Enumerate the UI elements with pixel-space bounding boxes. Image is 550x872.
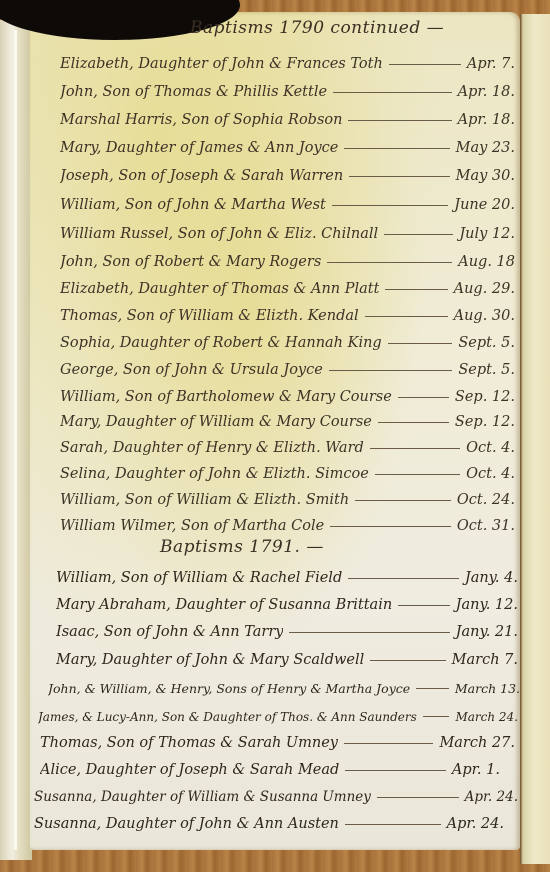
entry-date: Aug. 29. (454, 281, 515, 297)
entry-name: William Russel, Son of John & Eliz. Chil… (60, 226, 378, 242)
entry-name: George, Son of John & Ursula Joyce (60, 362, 323, 378)
entry-name: John, Son of Robert & Mary Rogers (60, 254, 321, 270)
leader-line (289, 632, 449, 633)
entry-name: Selina, Daughter of John & Elizth. Simco… (60, 466, 369, 482)
entry-date: Sep. 12. (455, 414, 515, 430)
entry-date: July 12. (459, 226, 515, 242)
entry-name: James, & Lucy-Ann, Son & Daughter of Tho… (38, 710, 417, 724)
register-entry: Joseph, Son of Joseph & Sarah WarrenMay … (60, 160, 515, 184)
entry-name: Isaac, Son of John & Ann Tarry (56, 624, 283, 640)
entry-name: William, Son of William & Rachel Field (56, 570, 342, 586)
register-entry: Marshal Harris, Son of Sophia RobsonApr.… (60, 104, 515, 128)
entry-date: March 7. (452, 652, 518, 668)
entry-name: Joseph, Son of Joseph & Sarah Warren (60, 168, 343, 184)
entry-date: Oct. 24. (457, 492, 515, 508)
leader-line (345, 824, 441, 825)
leader-line (375, 474, 460, 475)
entry-date: Oct. 31. (457, 518, 515, 534)
register-entry: Mary Abraham, Daughter of Susanna Britta… (56, 589, 518, 613)
leader-line (348, 578, 459, 579)
leader-line (329, 370, 452, 371)
entry-name: Marshal Harris, Son of Sophia Robson (60, 112, 342, 128)
heading-baptisms-1790: Baptisms 1790 continued — (190, 18, 444, 38)
heading-baptisms-1791: Baptisms 1791. — (160, 537, 324, 557)
register-entry: Sophia, Daughter of Robert & Hannah King… (60, 327, 515, 351)
entry-name: William, Son of John & Martha West (60, 197, 326, 213)
entry-name: Mary, Daughter of James & Ann Joyce (60, 140, 338, 156)
entry-date: Sep. 12. (455, 389, 515, 405)
entry-date: June 20. (454, 197, 515, 213)
leader-line (330, 526, 451, 527)
register-entry: Thomas, Son of Thomas & Sarah UmneyMarch… (40, 727, 515, 751)
entry-date: Apr. 18. (458, 84, 515, 100)
entry-date: Apr. 18. (458, 112, 515, 128)
book-spine (14, 30, 17, 850)
leader-line (344, 743, 433, 744)
leader-line (327, 262, 452, 263)
leader-line (388, 343, 453, 344)
entry-name: Elizabeth, Daughter of John & Frances To… (60, 56, 383, 72)
register-entry: Elizabeth, Daughter of John & Frances To… (60, 48, 515, 72)
entry-name: Susanna, Daughter of John & Ann Austen (34, 816, 339, 832)
entry-name: Thomas, Son of William & Elizth. Kendal (60, 308, 359, 324)
entry-date: Jany. 21. (456, 624, 518, 640)
leader-line (423, 716, 450, 717)
entry-name: Elizabeth, Daughter of Thomas & Ann Plat… (60, 281, 379, 297)
register-entry: Selina, Daughter of John & Elizth. Simco… (60, 458, 515, 482)
entry-date: May 23. (456, 140, 515, 156)
leader-line (378, 422, 449, 423)
entry-date: Apr. 1. (452, 762, 500, 778)
right-page-edges (520, 14, 550, 864)
leader-line (385, 289, 447, 290)
register-entry: Mary, Daughter of John & Mary ScaldwellM… (56, 644, 518, 668)
entry-name: Susanna, Daughter of William & Susanna U… (34, 789, 371, 805)
register-entry: John, Son of Thomas & Phillis KettleApr.… (60, 76, 515, 100)
entry-date: May 30. (456, 168, 515, 184)
register-entry: James, & Lucy-Ann, Son & Daughter of Tho… (38, 700, 518, 724)
entry-name: John, & William, & Henry, Sons of Henry … (48, 681, 410, 696)
leader-line (416, 688, 449, 689)
leader-line (345, 770, 446, 771)
entry-name: Thomas, Son of Thomas & Sarah Umney (40, 735, 338, 751)
register-entry: William, Son of John & Martha WestJune 2… (60, 189, 515, 213)
entry-name: Mary, Daughter of William & Mary Course (60, 414, 372, 430)
leader-line (398, 605, 449, 606)
entry-date: March 27. (439, 735, 515, 751)
entry-date: Aug. 18 (458, 254, 515, 270)
entry-date: Oct. 4. (466, 466, 515, 482)
entry-name: Alice, Daughter of Joseph & Sarah Mead (40, 762, 339, 778)
leader-line (344, 148, 449, 149)
register-entry: William, Son of Bartholomew & Mary Cours… (60, 381, 515, 405)
register-entry: John, Son of Robert & Mary RogersAug. 18 (60, 246, 515, 270)
leader-line (355, 500, 451, 501)
entry-name: Sophia, Daughter of Robert & Hannah King (60, 335, 382, 351)
register-entry: William, Son of William & Rachel FieldJa… (56, 562, 518, 586)
entry-date: Apr. 7. (467, 56, 515, 72)
register-entry: William Wilmer, Son of Martha ColeOct. 3… (60, 510, 515, 534)
entry-name: Sarah, Daughter of Henry & Elizth. Ward (60, 440, 364, 456)
register-entry: Alice, Daughter of Joseph & Sarah MeadAp… (40, 754, 500, 778)
entry-name: Mary, Daughter of John & Mary Scaldwell (56, 652, 364, 668)
leader-line (370, 448, 460, 449)
entry-date: March 13. (455, 681, 520, 696)
leader-line (332, 205, 448, 206)
entry-name: William, Son of William & Elizth. Smith (60, 492, 349, 508)
leader-line (389, 64, 461, 65)
entry-name: William Wilmer, Son of Martha Cole (60, 518, 324, 534)
leader-line (384, 234, 453, 235)
entry-date: Apr. 24. (447, 816, 504, 832)
leader-line (370, 660, 445, 661)
leader-line (365, 316, 448, 317)
entry-name: William, Son of Bartholomew & Mary Cours… (60, 389, 392, 405)
entry-date: Oct. 4. (466, 440, 515, 456)
leader-line (398, 397, 449, 398)
register-entry: Susanna, Daughter of William & Susanna U… (34, 781, 518, 805)
register-entry: Mary, Daughter of James & Ann JoyceMay 2… (60, 132, 515, 156)
register-entry: Mary, Daughter of William & Mary CourseS… (60, 406, 515, 430)
register-entry: Thomas, Son of William & Elizth. KendalA… (60, 300, 515, 324)
register-entry: John, & William, & Henry, Sons of Henry … (48, 672, 520, 696)
register-entry: Isaac, Son of John & Ann TarryJany. 21. (56, 616, 518, 640)
leader-line (348, 120, 451, 121)
register-entry: Elizabeth, Daughter of Thomas & Ann Plat… (60, 273, 515, 297)
leader-line (333, 92, 452, 93)
entry-date: Jany. 12. (456, 597, 518, 613)
entry-name: John, Son of Thomas & Phillis Kettle (60, 84, 327, 100)
leader-line (349, 176, 449, 177)
entry-date: Aug. 30. (454, 308, 515, 324)
register-entry: Susanna, Daughter of John & Ann AustenAp… (34, 808, 504, 832)
entry-name: Mary Abraham, Daughter of Susanna Britta… (56, 597, 392, 613)
entry-date: Apr. 24. (465, 789, 518, 805)
entry-date: Sept. 5. (458, 335, 515, 351)
leader-line (377, 797, 459, 798)
entry-date: Jany. 4. (465, 570, 518, 586)
entry-date: Sept. 5. (458, 362, 515, 378)
register-entry: George, Son of John & Ursula JoyceSept. … (60, 354, 515, 378)
register-entry: Sarah, Daughter of Henry & Elizth. WardO… (60, 432, 515, 456)
register-entry: William Russel, Son of John & Eliz. Chil… (60, 218, 515, 242)
entry-date: March 24. (455, 710, 518, 724)
register-entry: William, Son of William & Elizth. SmithO… (60, 484, 515, 508)
